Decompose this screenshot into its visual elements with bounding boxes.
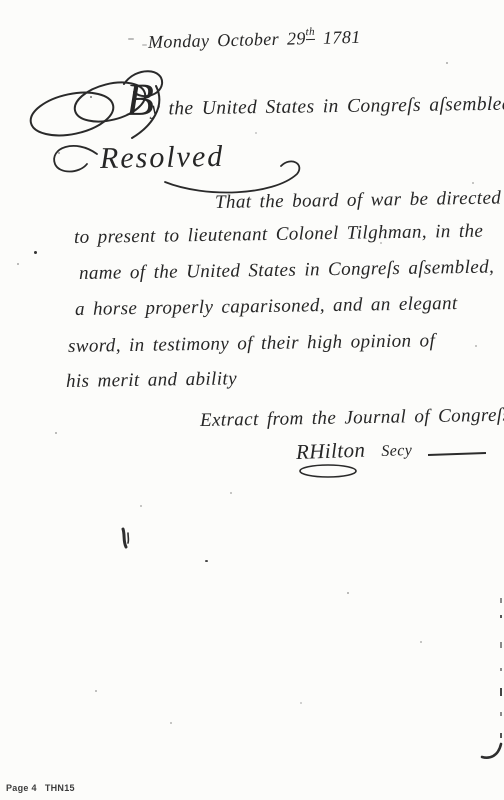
signature-underline-flourish	[298, 463, 360, 479]
scan-edge-mark	[500, 712, 502, 716]
signature-title: Secy	[381, 442, 412, 460]
scan-edge-mark	[500, 733, 502, 738]
body-line: name of the United States in Congreſs aſ…	[79, 256, 495, 285]
footer-page-number: Page 4	[6, 783, 37, 793]
body-line: his merit and ability	[66, 368, 237, 393]
body-line: That the board of war be directed	[215, 188, 502, 214]
heading-line: By the United States in Congreſs aſsembl…	[126, 85, 504, 121]
document-scan: Monday October 29th 1781 By the United S…	[0, 0, 504, 800]
scan-speck	[475, 345, 477, 347]
signature-name: RHilton	[296, 438, 366, 464]
body-line: sword, in testimony of their high opinio…	[68, 330, 436, 358]
scan-edge-mark	[500, 642, 502, 648]
date-year: 1781	[323, 27, 361, 48]
date-prefix: Monday October 29	[148, 28, 306, 52]
scan-speck	[34, 251, 37, 254]
scan-speck	[90, 96, 92, 98]
scan-speck	[420, 641, 422, 643]
body-line: a horse properly caparisoned, and an ele…	[75, 293, 458, 321]
scan-edge-mark	[500, 615, 502, 618]
footer-document-code: THN15	[45, 783, 75, 793]
scan-speck	[128, 38, 134, 40]
scan-edge-mark	[500, 688, 502, 696]
scan-speck	[230, 492, 232, 494]
signature-dash-rule	[428, 452, 486, 456]
scan-speck	[95, 690, 97, 692]
scan-edge-mark	[500, 598, 502, 603]
scan-speck	[446, 62, 448, 64]
scan-speck	[347, 592, 349, 594]
signature: RHiltonSecy	[296, 436, 413, 465]
scan-speck	[380, 242, 382, 244]
ink-smudge	[118, 527, 132, 554]
scan-speck	[55, 432, 57, 434]
scan-speck	[58, 152, 60, 154]
scan-speck	[170, 722, 172, 724]
page-footer: Page 4THN15	[6, 783, 75, 793]
scan-speck	[472, 182, 474, 184]
scan-speck	[255, 132, 257, 134]
scan-hook-artifact	[480, 742, 504, 760]
date-line: Monday October 29th 1781	[148, 25, 361, 53]
heading-rest: y the United States in Congreſs aſsemble…	[151, 94, 504, 120]
scan-edge-mark	[500, 668, 502, 671]
scan-speck	[140, 505, 142, 507]
attestation-line: Extract from the Journal of Congreſs	[200, 405, 504, 432]
body-line: to present to lieutenant Colonel Tilghma…	[74, 221, 484, 249]
resolved-word: Resolved	[100, 140, 225, 176]
scan-speck	[300, 702, 302, 704]
scan-speck	[142, 44, 147, 46]
date-superscript: th	[305, 26, 315, 40]
scan-speck	[205, 560, 208, 562]
scan-speck	[17, 263, 19, 265]
